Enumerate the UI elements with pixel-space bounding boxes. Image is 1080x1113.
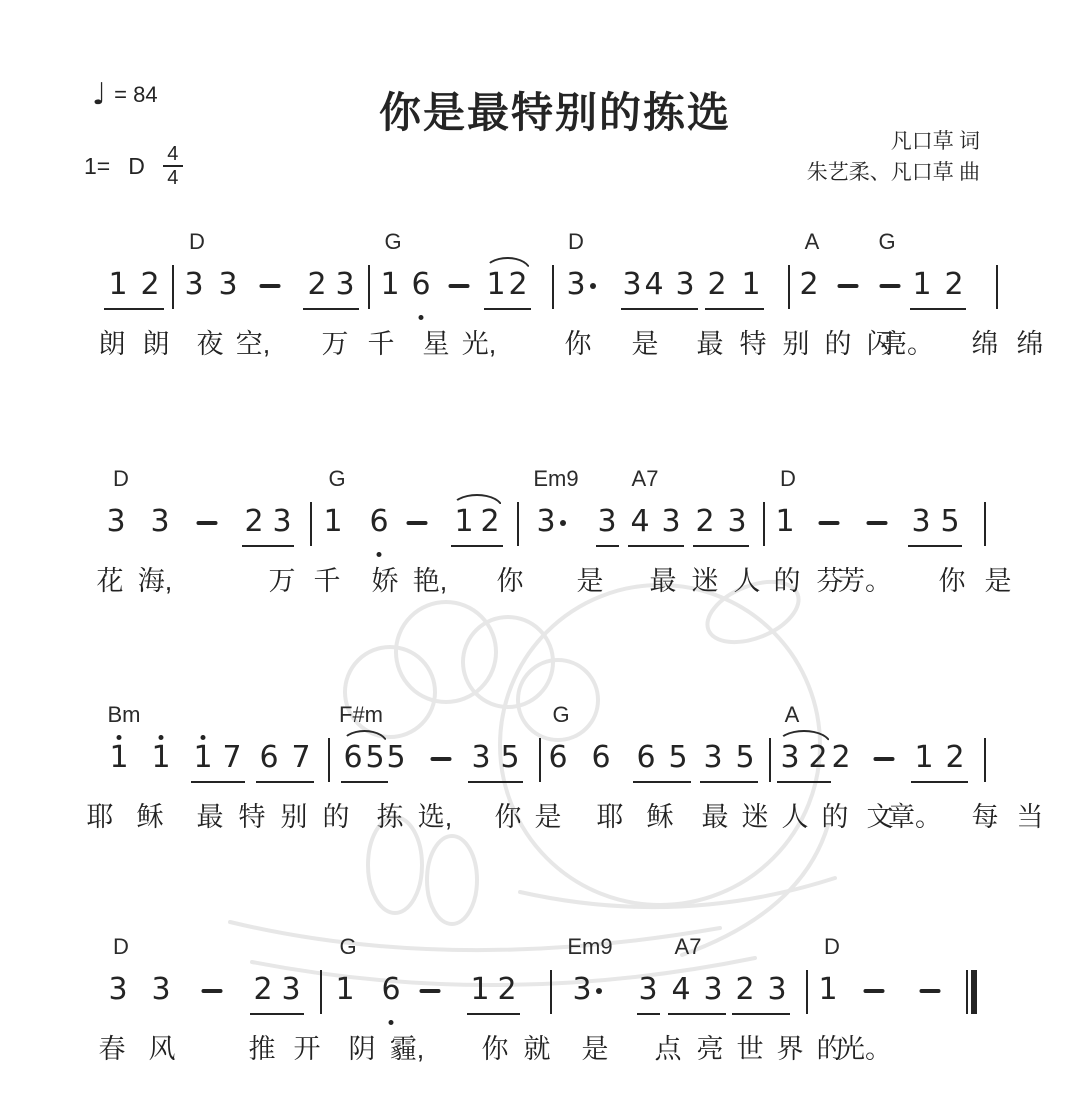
note: 4 bbox=[644, 269, 663, 301]
slur-arc bbox=[451, 494, 503, 508]
chord-label: G bbox=[878, 229, 895, 255]
lyric-syllable: 花 bbox=[97, 559, 124, 598]
notation-line-2: DGEm9A7D33231612334323135花海,万千娇艳,你是最迷人的芬… bbox=[0, 462, 1080, 612]
chord-label: Em9 bbox=[567, 934, 612, 960]
lyric-syllable: 每 bbox=[972, 795, 999, 834]
note: 2 bbox=[735, 974, 754, 1006]
note: 1 bbox=[470, 974, 489, 1006]
barline bbox=[769, 738, 771, 782]
duration-dash bbox=[202, 989, 223, 993]
notation-line-1: DGDAG1233231612334321212朗朗夜空,万千星光,你是最特别的… bbox=[0, 225, 1080, 375]
chord-label: D bbox=[113, 934, 129, 960]
lyric-syllable: 光, bbox=[462, 322, 497, 361]
note: 2 bbox=[508, 269, 527, 301]
beam-underline bbox=[643, 308, 698, 310]
lyric-syllable: 亮 bbox=[697, 1027, 724, 1066]
chord-label: Bm bbox=[108, 702, 141, 728]
note: 3 bbox=[911, 506, 930, 538]
lyric-syllable: 万 bbox=[322, 322, 349, 361]
lyric-syllable: 别 bbox=[783, 322, 810, 361]
lyric-syllable: 选, bbox=[418, 795, 453, 834]
barline bbox=[763, 502, 765, 546]
note: 3 bbox=[661, 506, 680, 538]
note: 3 bbox=[638, 974, 657, 1006]
note: 3 bbox=[572, 974, 591, 1006]
barline bbox=[517, 502, 519, 546]
lyric-syllable: 芳。 bbox=[838, 559, 892, 598]
duration-dash bbox=[920, 989, 941, 993]
note: 1 bbox=[109, 742, 128, 774]
octave-dot-low bbox=[419, 315, 424, 320]
octave-dot-high bbox=[159, 735, 164, 740]
lyric-syllable: 人 bbox=[734, 559, 761, 598]
note: 6 bbox=[259, 742, 278, 774]
note: 2 bbox=[253, 974, 272, 1006]
chord-label: D bbox=[824, 934, 840, 960]
note: 3 bbox=[622, 269, 641, 301]
chord-label: A7 bbox=[675, 934, 702, 960]
lyric-syllable: 是 bbox=[632, 322, 659, 361]
note: 4 bbox=[630, 506, 649, 538]
note: 3 bbox=[272, 506, 291, 538]
note: 2 bbox=[808, 742, 827, 774]
beam-underline bbox=[467, 1013, 520, 1015]
lyric-syllable: 别 bbox=[281, 795, 308, 834]
note: 1 bbox=[486, 269, 505, 301]
note: 3 bbox=[108, 974, 127, 1006]
barline bbox=[806, 970, 808, 1014]
beam-underline bbox=[705, 308, 764, 310]
duration-dash bbox=[864, 989, 885, 993]
note: 7 bbox=[222, 742, 241, 774]
lyric-syllable: 你 bbox=[497, 559, 524, 598]
note: 6 bbox=[343, 742, 362, 774]
note: 3 bbox=[536, 506, 555, 538]
duration-dash bbox=[420, 989, 441, 993]
note: 3 bbox=[471, 742, 490, 774]
beam-underline bbox=[911, 781, 968, 783]
note: 5 bbox=[735, 742, 754, 774]
chord-label: D bbox=[113, 466, 129, 492]
note: 3 bbox=[150, 506, 169, 538]
chord-label: A7 bbox=[632, 466, 659, 492]
chord-label: A bbox=[785, 702, 800, 728]
beam-underline bbox=[250, 1013, 304, 1015]
barline bbox=[996, 265, 998, 309]
lyric-syllable: 人 bbox=[782, 795, 809, 834]
beam-underline bbox=[256, 781, 314, 783]
barline bbox=[320, 970, 322, 1014]
barline bbox=[172, 265, 174, 309]
note: 6 bbox=[548, 742, 567, 774]
lyric-syllable: 朗 bbox=[99, 322, 126, 361]
note: 1 bbox=[914, 742, 933, 774]
note: 6 bbox=[381, 974, 400, 1006]
note: 1 bbox=[912, 269, 931, 301]
note: 2 bbox=[244, 506, 263, 538]
beam-underline bbox=[732, 1013, 790, 1015]
lyric-syllable: 最 bbox=[197, 795, 224, 834]
lyric-syllable: 耶 bbox=[87, 795, 114, 834]
chord-label: D bbox=[780, 466, 796, 492]
note: 6 bbox=[636, 742, 655, 774]
chord-label: G bbox=[384, 229, 401, 255]
barline bbox=[550, 970, 552, 1014]
barline bbox=[368, 265, 370, 309]
note: 4 bbox=[671, 974, 690, 1006]
lyric-syllable: 是 bbox=[985, 559, 1012, 598]
lyric-syllable: 的 bbox=[822, 795, 849, 834]
lyric-syllable: 特 bbox=[239, 795, 266, 834]
beam-underline bbox=[621, 308, 644, 310]
note: 2 bbox=[497, 974, 516, 1006]
lyric-syllable: 最 bbox=[702, 795, 729, 834]
barline bbox=[552, 265, 554, 309]
note: 1 bbox=[108, 269, 127, 301]
beam-underline bbox=[484, 308, 531, 310]
note: 2 bbox=[944, 269, 963, 301]
lyric-syllable: 春 bbox=[99, 1027, 126, 1066]
note: 3 bbox=[566, 269, 585, 301]
note: 1 bbox=[741, 269, 760, 301]
final-barline-thin bbox=[966, 970, 968, 1014]
chord-label: G bbox=[328, 466, 345, 492]
note: 2 bbox=[707, 269, 726, 301]
augmentation-dot bbox=[560, 520, 566, 526]
chord-label: Em9 bbox=[533, 466, 578, 492]
lyric-syllable: 空, bbox=[236, 322, 271, 361]
duration-dash bbox=[449, 284, 470, 288]
lyric-syllable: 你 bbox=[939, 559, 966, 598]
chord-label: D bbox=[189, 229, 205, 255]
beam-underline bbox=[693, 545, 749, 547]
beam-underline bbox=[637, 1013, 660, 1015]
lyric-syllable: 你 bbox=[482, 1027, 509, 1066]
lyric-syllable: 的 bbox=[774, 559, 801, 598]
lyric-syllable: 朗 bbox=[143, 322, 170, 361]
note: 3 bbox=[218, 269, 237, 301]
lyric-syllable: 点 bbox=[655, 1027, 682, 1066]
lyric-syllable: 特 bbox=[740, 322, 767, 361]
duration-dash bbox=[874, 757, 895, 761]
beam-underline bbox=[451, 545, 503, 547]
beam-underline bbox=[910, 308, 966, 310]
note: 5 bbox=[500, 742, 519, 774]
slur-arc bbox=[341, 730, 388, 744]
note: 2 bbox=[831, 742, 850, 774]
lyric-syllable: 界 bbox=[777, 1027, 804, 1066]
lyric-syllable: 风 bbox=[149, 1027, 176, 1066]
beam-underline bbox=[191, 781, 245, 783]
beam-underline bbox=[777, 781, 831, 783]
note: 1 bbox=[323, 506, 342, 538]
augmentation-dot bbox=[596, 988, 602, 994]
lyric-syllable: 是 bbox=[577, 559, 604, 598]
lyric-syllable: 你 bbox=[565, 322, 592, 361]
note: 2 bbox=[480, 506, 499, 538]
lyric-syllable: 迷 bbox=[742, 795, 769, 834]
note: 5 bbox=[668, 742, 687, 774]
note: 2 bbox=[945, 742, 964, 774]
lyric-syllable: 霾, bbox=[390, 1027, 425, 1066]
beam-underline bbox=[468, 781, 523, 783]
chord-label: A bbox=[805, 229, 820, 255]
lyric-syllable: 拣 bbox=[377, 795, 404, 834]
notation-line-3: BmF#mGA1117676553566653532212耶稣最特别的拣选,你是… bbox=[0, 698, 1080, 848]
barline bbox=[310, 502, 312, 546]
duration-dash bbox=[407, 521, 428, 525]
note: 1 bbox=[335, 974, 354, 1006]
lyric-syllable: 星 bbox=[423, 322, 450, 361]
beam-underline bbox=[908, 545, 962, 547]
slur-arc bbox=[484, 257, 531, 271]
note: 3 bbox=[597, 506, 616, 538]
beam-underline bbox=[700, 781, 758, 783]
lyric-syllable: 世 bbox=[737, 1027, 764, 1066]
lyric-syllable: 光。 bbox=[838, 1027, 892, 1066]
lyric-syllable: 是 bbox=[582, 1027, 609, 1066]
lyric-syllable: 娇 bbox=[372, 559, 399, 598]
note: 3 bbox=[703, 974, 722, 1006]
lyric-syllable: 耶 bbox=[597, 795, 624, 834]
beam-underline bbox=[303, 308, 359, 310]
chord-label: G bbox=[339, 934, 356, 960]
note: 6 bbox=[411, 269, 430, 301]
note: 2 bbox=[799, 269, 818, 301]
note: 1 bbox=[775, 506, 794, 538]
note: 7 bbox=[291, 742, 310, 774]
note: 1 bbox=[380, 269, 399, 301]
chord-label: G bbox=[552, 702, 569, 728]
note: 3 bbox=[335, 269, 354, 301]
octave-dot-low bbox=[389, 1020, 394, 1025]
note: 3 bbox=[767, 974, 786, 1006]
lyric-syllable: 的 bbox=[323, 795, 350, 834]
lyric-syllable: 万 bbox=[269, 559, 296, 598]
beam-underline bbox=[628, 545, 684, 547]
lyric-syllable: 就 bbox=[524, 1027, 551, 1066]
beam-underline bbox=[341, 781, 388, 783]
lyric-syllable: 开 bbox=[294, 1027, 321, 1066]
lyric-syllable: 夜 bbox=[197, 322, 224, 361]
note: 3 bbox=[780, 742, 799, 774]
lyric-syllable: 是 bbox=[535, 795, 562, 834]
note: 1 bbox=[151, 742, 170, 774]
lyric-syllable: 最 bbox=[650, 559, 677, 598]
beam-underline bbox=[596, 545, 619, 547]
note: 5 bbox=[386, 742, 405, 774]
lyric-syllable: 海, bbox=[138, 559, 173, 598]
chord-label: D bbox=[568, 229, 584, 255]
lyric-syllable: 当 bbox=[1017, 795, 1044, 834]
final-barline-thick bbox=[971, 970, 977, 1014]
lyric-syllable: 稣 bbox=[137, 795, 164, 834]
duration-dash bbox=[260, 284, 281, 288]
duration-dash bbox=[880, 284, 901, 288]
lyric-syllable: 章。 bbox=[888, 795, 942, 834]
beam-underline bbox=[104, 308, 164, 310]
lyric-syllable: 最 bbox=[697, 322, 724, 361]
note: 5 bbox=[940, 506, 959, 538]
note: 5 bbox=[365, 742, 384, 774]
octave-dot-low bbox=[377, 552, 382, 557]
note: 1 bbox=[818, 974, 837, 1006]
beam-underline bbox=[242, 545, 294, 547]
duration-dash bbox=[838, 284, 859, 288]
barline bbox=[328, 738, 330, 782]
duration-dash bbox=[431, 757, 452, 761]
note: 6 bbox=[369, 506, 388, 538]
score: DGDAG1233231612334321212朗朗夜空,万千星光,你是最特别的… bbox=[0, 0, 1080, 1113]
beam-underline bbox=[633, 781, 691, 783]
lyric-syllable: 你 bbox=[495, 795, 522, 834]
lyric-syllable: 艳, bbox=[413, 559, 448, 598]
barline bbox=[539, 738, 541, 782]
note: 3 bbox=[727, 506, 746, 538]
duration-dash bbox=[197, 521, 218, 525]
note: 3 bbox=[281, 974, 300, 1006]
note: 3 bbox=[106, 506, 125, 538]
slur-arc bbox=[777, 730, 831, 744]
octave-dot-high bbox=[117, 735, 122, 740]
note: 3 bbox=[675, 269, 694, 301]
note: 3 bbox=[151, 974, 170, 1006]
lyric-syllable: 绵 bbox=[972, 322, 999, 361]
note: 2 bbox=[695, 506, 714, 538]
note: 6 bbox=[591, 742, 610, 774]
sheet-music-page: { "page": {"background": "#ffffff", "ink… bbox=[0, 0, 1080, 1113]
lyric-syllable: 千 bbox=[368, 322, 395, 361]
octave-dot-high bbox=[201, 735, 206, 740]
lyric-syllable: 的 bbox=[825, 322, 852, 361]
barline bbox=[984, 738, 986, 782]
lyric-syllable: 亮。 bbox=[880, 322, 934, 361]
note: 1 bbox=[193, 742, 212, 774]
lyric-syllable: 阴 bbox=[349, 1027, 376, 1066]
note: 3 bbox=[184, 269, 203, 301]
lyric-syllable: 稣 bbox=[647, 795, 674, 834]
note: 1 bbox=[454, 506, 473, 538]
lyric-syllable: 推 bbox=[249, 1027, 276, 1066]
chord-label: F#m bbox=[339, 702, 383, 728]
note: 2 bbox=[307, 269, 326, 301]
duration-dash bbox=[867, 521, 888, 525]
augmentation-dot bbox=[590, 283, 596, 289]
note: 3 bbox=[703, 742, 722, 774]
barline bbox=[788, 265, 790, 309]
lyric-syllable: 迷 bbox=[692, 559, 719, 598]
duration-dash bbox=[819, 521, 840, 525]
barline bbox=[984, 502, 986, 546]
beam-underline bbox=[668, 1013, 726, 1015]
lyric-syllable: 绵 bbox=[1017, 322, 1044, 361]
lyric-syllable: 千 bbox=[314, 559, 341, 598]
notation-line-4: DGEm9A7D332316123343231春风推开阴霾,你就是点亮世界的光。 bbox=[0, 930, 1080, 1080]
note: 2 bbox=[140, 269, 159, 301]
